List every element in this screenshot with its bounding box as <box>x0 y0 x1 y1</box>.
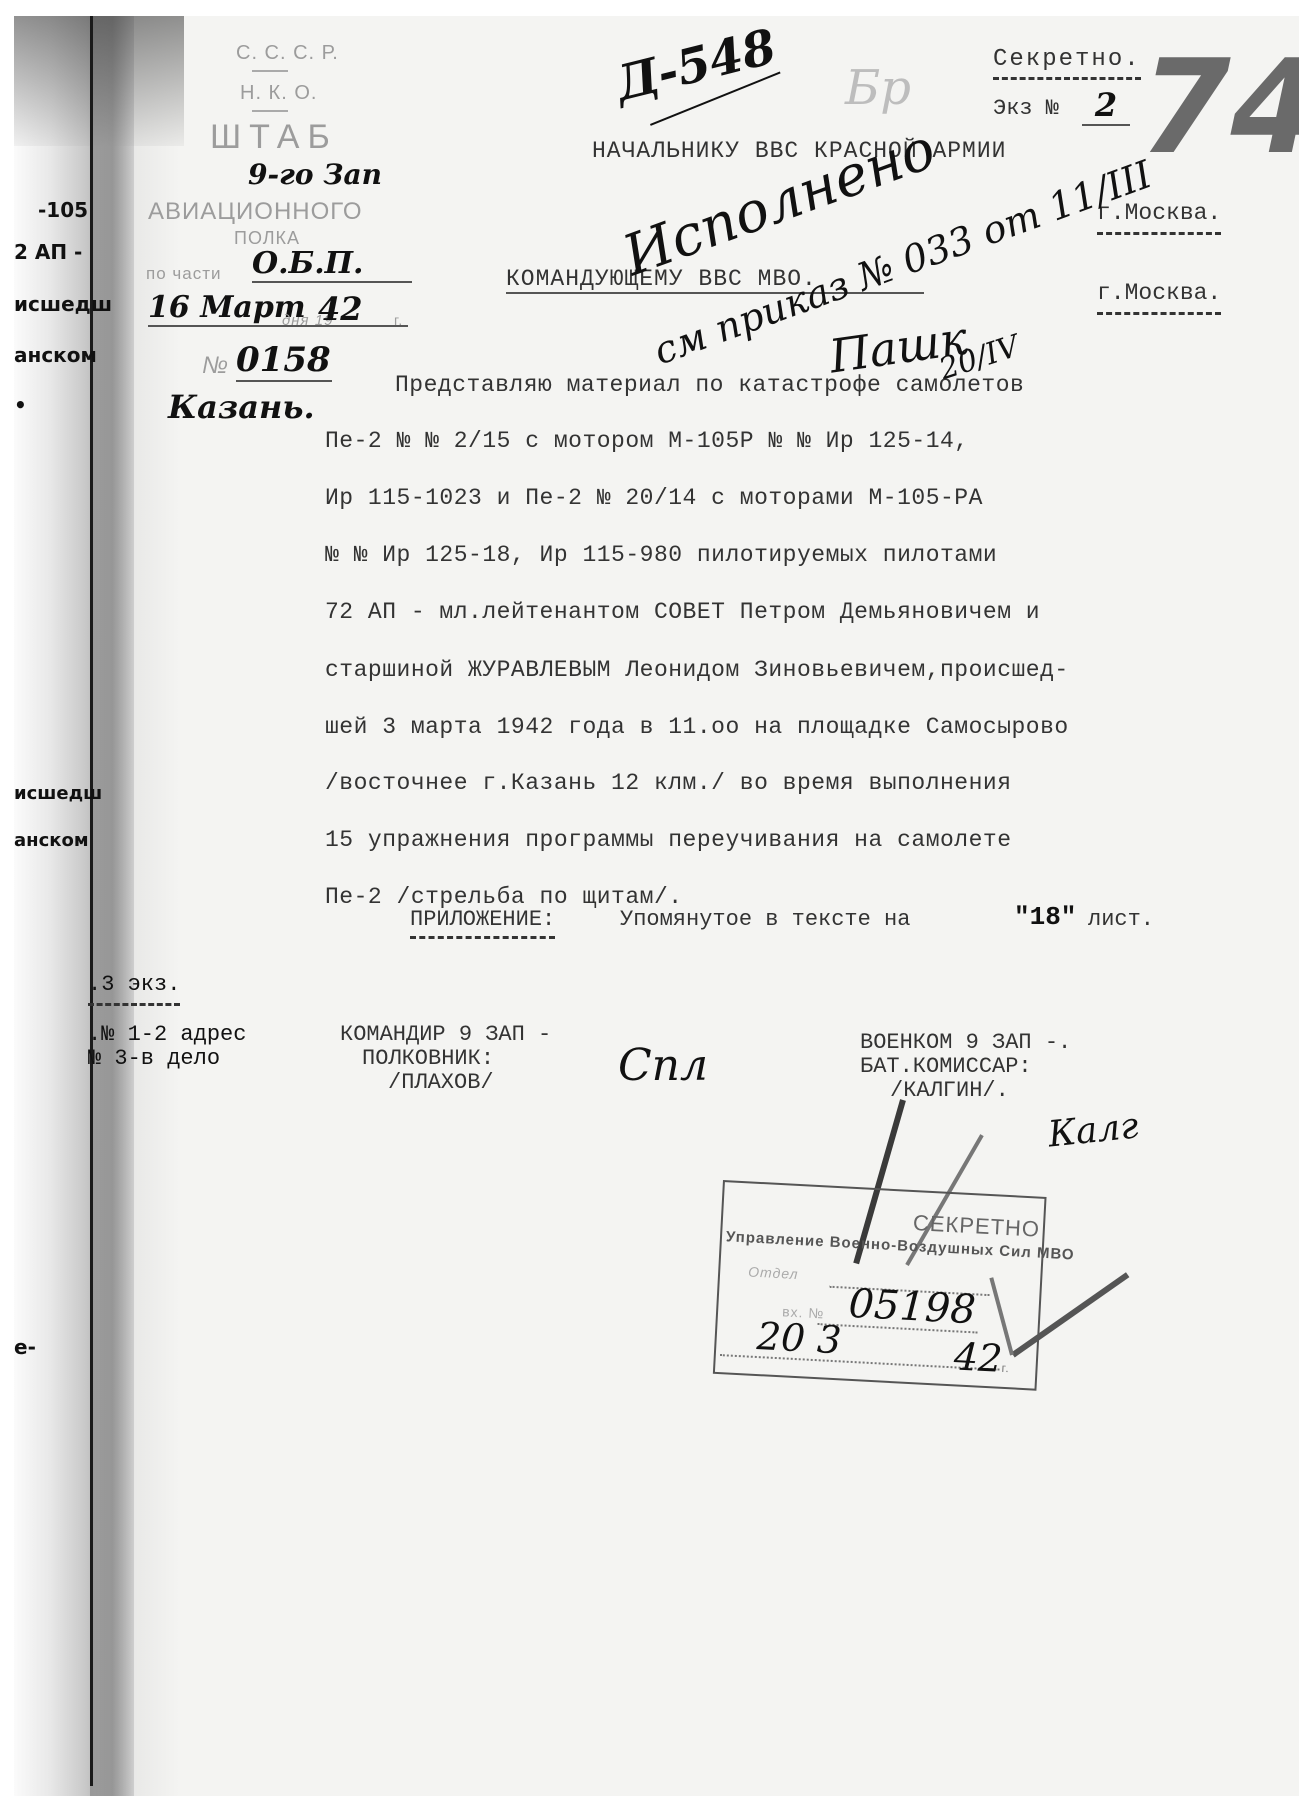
margin-fragment: -105 <box>38 198 88 222</box>
signatory-name: /ПЛАХОВ/ <box>388 1070 494 1095</box>
stamp-aviation: АВИАЦИОННОГО <box>148 198 363 226</box>
margin-fragment: исшедш <box>14 292 112 316</box>
stamp-part-label: по части <box>146 264 221 284</box>
pencil-scribble: Бр <box>845 60 911 116</box>
stamp-shtab: ШТАБ <box>210 118 338 157</box>
handwritten-outgoing-number: 0158 <box>236 340 332 382</box>
distribution-file: № 3-в дело <box>88 1046 220 1071</box>
stamp-number-label: № <box>202 352 229 380</box>
secrecy-label: Секретно. <box>993 46 1141 80</box>
scan-dark-corner <box>14 16 184 146</box>
margin-fragment: анском <box>14 343 97 367</box>
margin-fragment: анском <box>14 830 89 851</box>
signatory-name: /КАЛГИН/. <box>890 1078 1009 1103</box>
stamp-nko: Н. К. О. <box>240 82 317 105</box>
signatory-title: ВОЕНКОМ 9 ЗАП -. <box>860 1030 1071 1055</box>
attachment-count: "18" <box>1014 902 1076 932</box>
margin-fragment: е- <box>14 1335 36 1359</box>
stamp-divider <box>252 70 288 72</box>
body-line: старшиной ЖУРАВЛЕВЫМ Леонидом Зиновьевич… <box>325 657 1069 683</box>
body-line: 15 упражнения программы переучивания на … <box>325 827 1012 853</box>
handwritten-unit: 9-го Зап <box>248 158 382 191</box>
commander-signature: Спл <box>618 1040 708 1091</box>
copy-number: 2 <box>1082 86 1130 126</box>
receipt-year: 42 <box>953 1334 1004 1380</box>
receipt-date: 20 3 <box>756 1314 843 1362</box>
distribution-address: .№ 1-2 адрес <box>88 1022 246 1047</box>
signatory-rank: ПОЛКОВНИК: <box>362 1046 494 1071</box>
signatory-title: КОМАНДИР 9 ЗАП - <box>340 1022 551 1047</box>
margin-fragment: • <box>14 393 27 417</box>
margin-fragment: исшедш <box>14 783 102 804</box>
distribution-copies: .3 экз. <box>88 972 180 1006</box>
stamp-year-suffix: г. <box>394 312 403 328</box>
receipt-stamp-dept: Отдел <box>748 1263 799 1282</box>
handwritten-part-value: О.Б.П. <box>252 246 412 283</box>
copy-label: Экз № <box>993 96 1059 121</box>
addressee-2-city: г.Москва. <box>1097 280 1221 315</box>
body-line: 72 АП - мл.лейтенантом СОВЕТ Петром Демь… <box>325 599 1040 625</box>
receipt-stamp-title: СЕКРЕТНО <box>912 1210 1040 1243</box>
margin-fragment: 2 АП - <box>14 240 82 264</box>
body-line: Ир 115-1023 и Пе-2 № 20/14 с моторами М-… <box>325 485 983 511</box>
signatory-rank: БАТ.КОМИССАР: <box>860 1054 1032 1079</box>
attachment-text: Упомянутое в тексте на <box>620 907 910 932</box>
body-line: шей 3 марта 1942 года в 11.оо на площадк… <box>325 714 1069 740</box>
receipt-stamp: СЕКРЕТНО Управление Военно-Воздушных Сил… <box>713 1180 1047 1391</box>
body-line: /восточнее г.Казань 12 клм./ во время вы… <box>325 770 1012 796</box>
binding-fold-line <box>90 16 93 1786</box>
pencil-page-number: 74 <box>1126 42 1299 172</box>
stamp-divider <box>252 110 288 112</box>
attachment-label: ПРИЛОЖЕНИЕ: <box>410 907 555 939</box>
body-line: Представляю материал по катастрофе самол… <box>395 372 1024 398</box>
handwritten-year: 42 <box>318 290 363 328</box>
handwritten-date: 16 Март <box>148 290 408 327</box>
body-line: Пе-2 № № 2/15 с мотором М-105Р № № Ир 12… <box>325 428 969 454</box>
handwritten-place: Казань. <box>168 388 315 426</box>
attachment-suffix: лист. <box>1088 907 1154 932</box>
body-line: № № Ир 125-18, Ир 115-980 пилотируемых п… <box>325 542 997 568</box>
stamp-ussr: С. С. С. Р. <box>236 42 339 65</box>
receipt-year-suffix: г. <box>1001 1361 1010 1375</box>
